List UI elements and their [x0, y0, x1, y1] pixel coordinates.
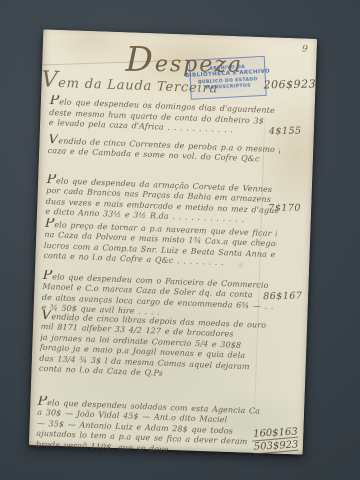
stamp-line: MANUSCRIPTOS [206, 84, 252, 92]
folio-number: 9 [302, 44, 308, 54]
margin-amount: 206$923 [263, 78, 316, 92]
ledger-entries: Pelo que despendeu os domingos dias d'ag… [36, 95, 282, 459]
archive-stamp: ARCHIVO DA BIBLIOTHECA E ARCHIVO PUBLICO… [189, 56, 267, 100]
ledger-entry: Vendido de cinco libras depois das moeda… [39, 309, 273, 383]
ledger-entry: Vendido de cinco Correntes de peroba p.a… [48, 133, 281, 165]
ledger-entry: Pelo preço de tornar a p.a navearem que … [43, 217, 277, 270]
manuscript-page: 9 Despeza Vem da Lauda Terceira ARCHIVO … [29, 29, 317, 454]
ledger-entry: Pelo que despendeu soldadas com esta Age… [36, 395, 270, 459]
page-totals: 160$163 503$923 [251, 426, 298, 454]
photograph-backdrop: 9 Despeza Vem da Lauda Terceira ARCHIVO … [0, 0, 360, 480]
ledger-entry: Pelo que despendeu os domingos dias d'ag… [49, 95, 282, 138]
